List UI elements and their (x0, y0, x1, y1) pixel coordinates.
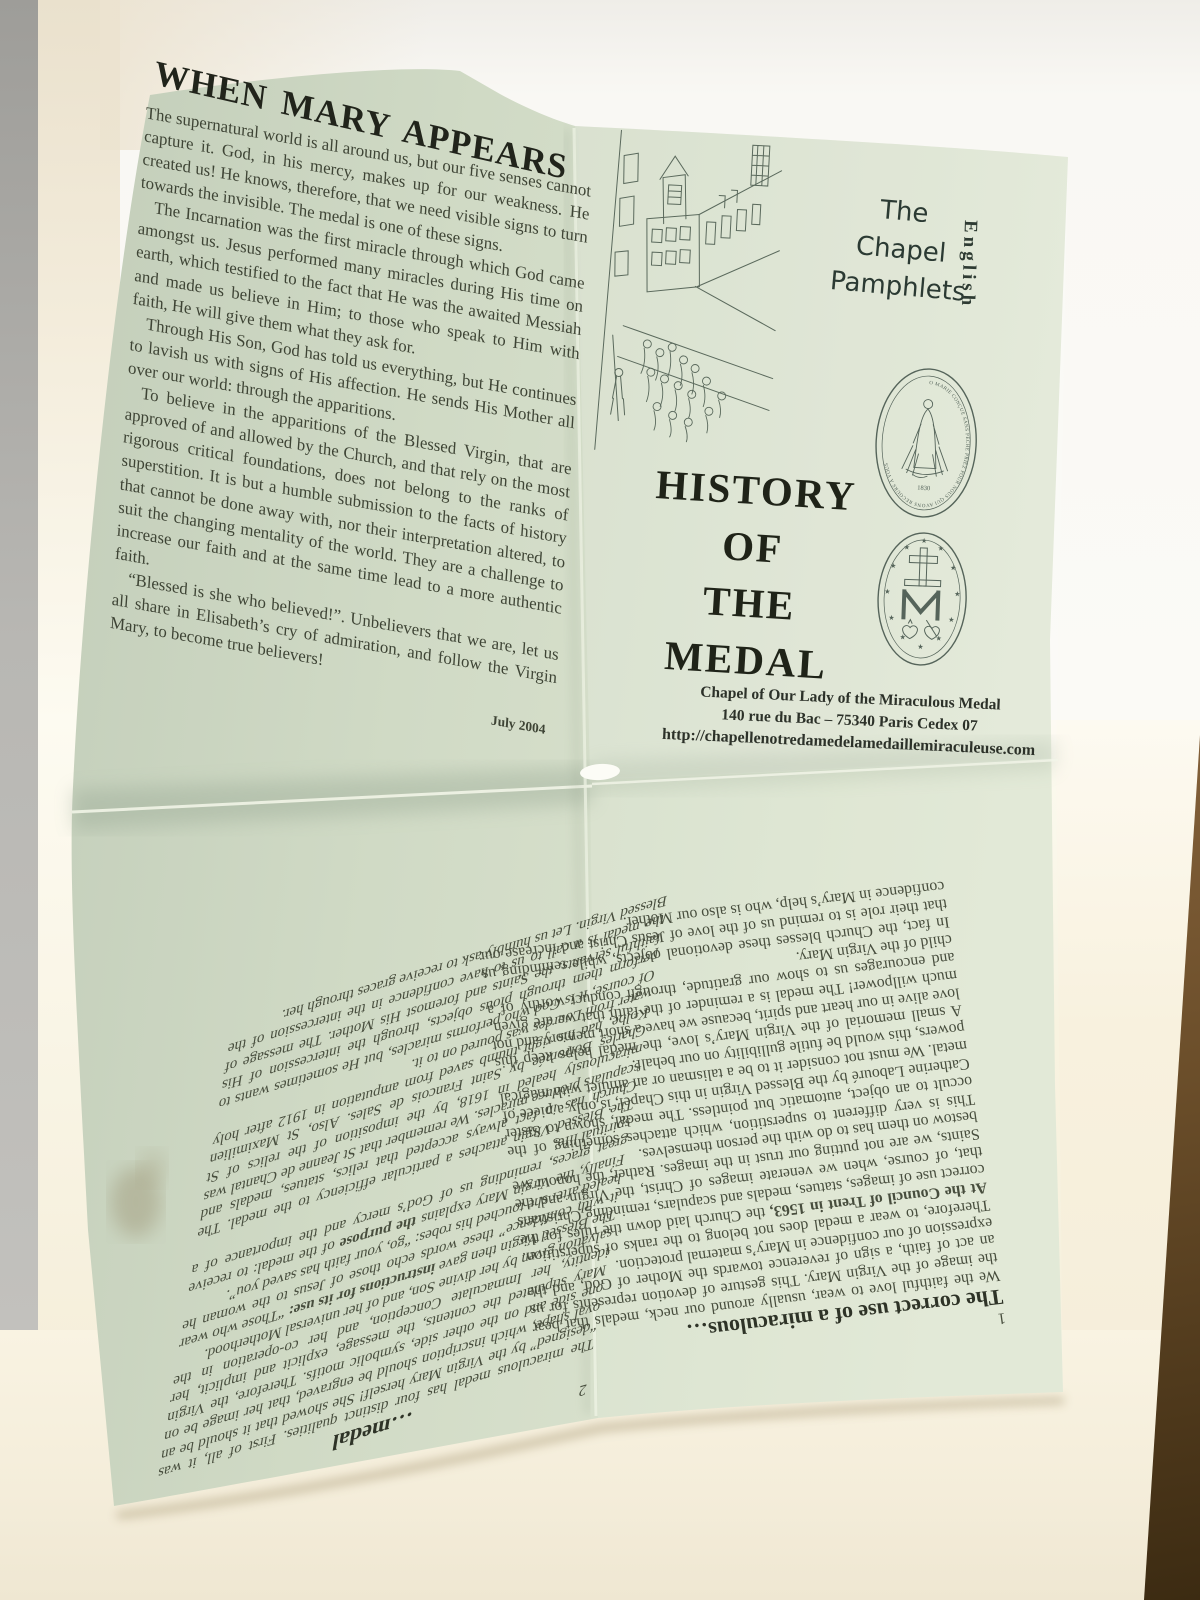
svg-text:★: ★ (890, 562, 897, 570)
miraculous-medal-back-icon: ★★★ ★★★ ★★★ ★★★ (871, 526, 972, 676)
paper-stain-2 (138, 1150, 166, 1186)
svg-text:★: ★ (899, 633, 906, 641)
svg-text:★: ★ (884, 588, 891, 596)
svg-text:★: ★ (888, 614, 895, 622)
page-when-mary-appears: WHEN MARY APPEARS The supernatural world… (107, 54, 595, 741)
chapel-courtyard-illustration (586, 119, 789, 468)
miraculous-medal-front-icon: O MARIE CONÇUE SANS PÉCHÉ PRIEZ POUR NOU… (868, 361, 984, 529)
medal-year: 1830 (917, 485, 930, 493)
svg-text:★: ★ (938, 545, 945, 553)
pamphlet-photo: WHEN MARY APPEARS The supernatural world… (0, 0, 1200, 1600)
svg-text:★: ★ (904, 543, 911, 551)
cover-title: HISTORY OF THE MEDAL (619, 455, 882, 696)
svg-text:★: ★ (921, 537, 928, 545)
svg-text:★: ★ (950, 564, 957, 572)
svg-text:★: ★ (917, 643, 924, 651)
svg-text:★: ★ (948, 616, 955, 624)
svg-text:★: ★ (954, 590, 961, 598)
svg-text:★: ★ (935, 634, 942, 642)
